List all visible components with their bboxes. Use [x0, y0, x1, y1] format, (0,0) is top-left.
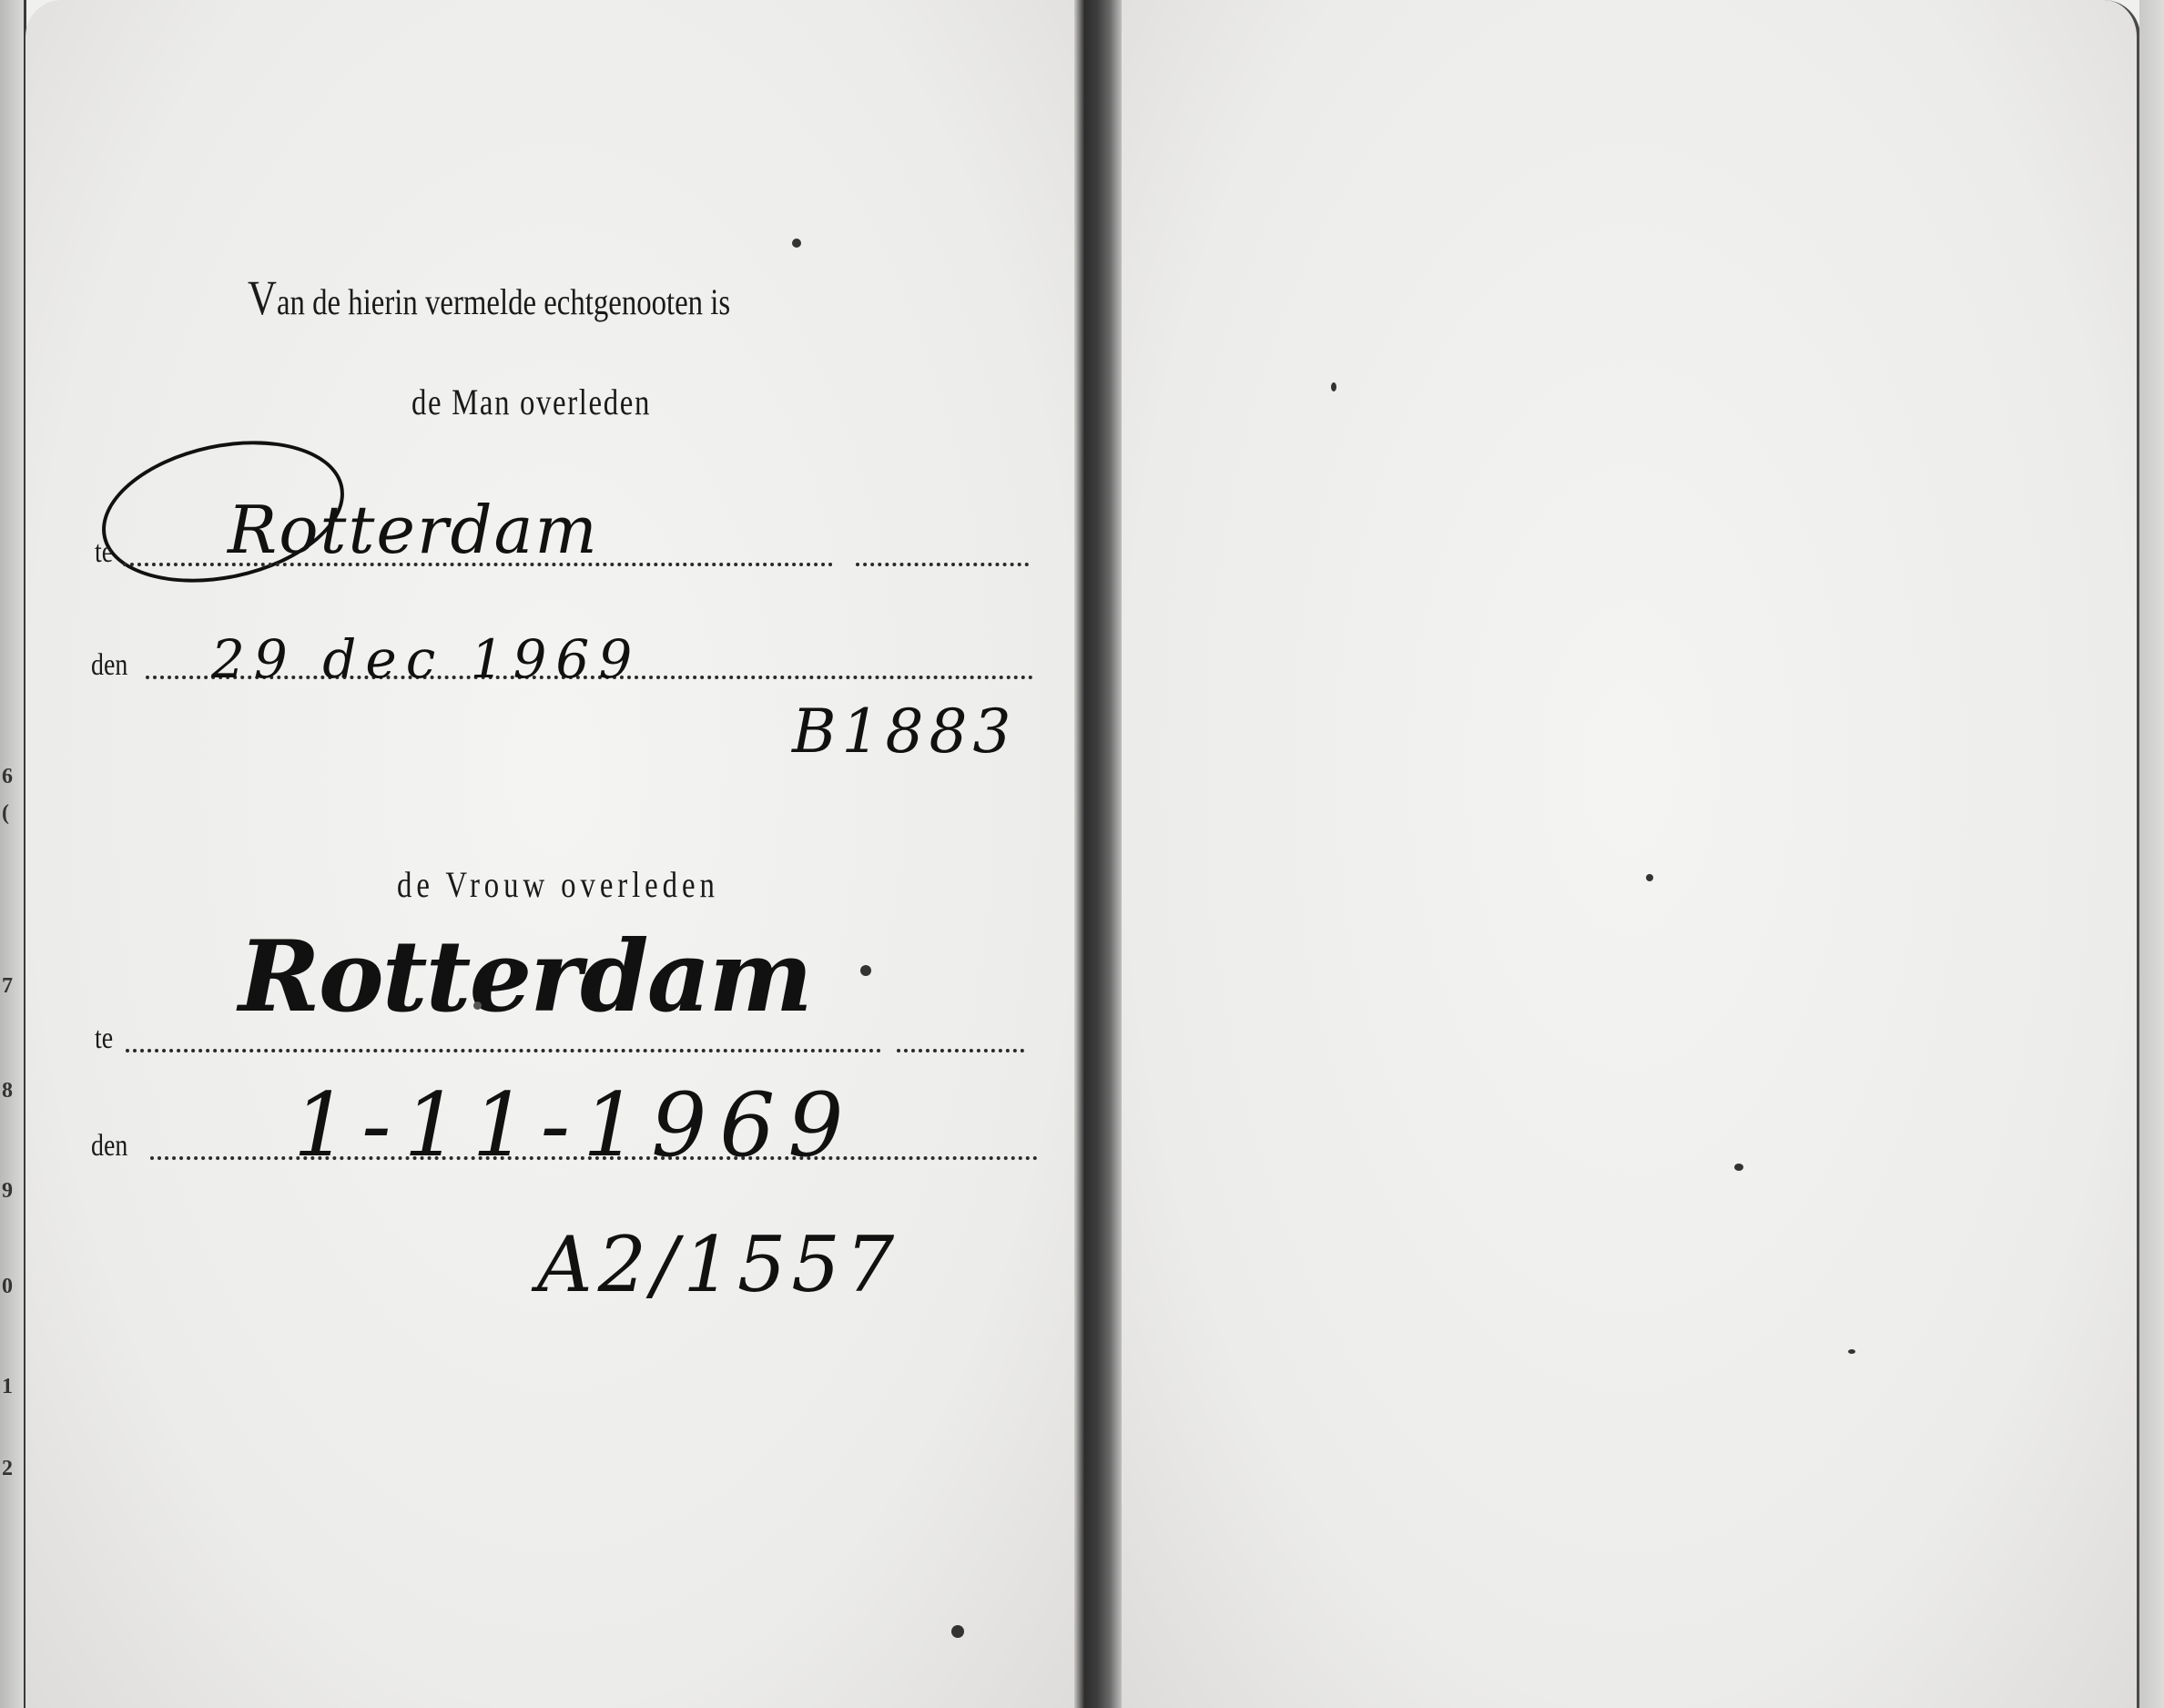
wife-section-label: de Vrouw overleden [397, 863, 719, 906]
husband-record-reference: B1883 [792, 696, 1016, 767]
husband-place-value: Rotterdam [228, 492, 599, 568]
scan-speck [1734, 1164, 1743, 1171]
heading-text: an de hierin vermelde echtgenooten is [277, 281, 730, 322]
book-spine-shadow [1074, 0, 1125, 1708]
margin-char: 9 [2, 1179, 13, 1204]
right-page [1122, 0, 2140, 1708]
previous-page-edge: 6 ( 7 8 9 0 1 2 [0, 0, 26, 1708]
scanned-document: 6 ( 7 8 9 0 1 2 Van de hierin vermelde e… [0, 0, 2164, 1708]
scan-speck [1848, 1349, 1855, 1354]
left-page [25, 0, 1082, 1708]
wife-record-reference: A2/1557 [537, 1220, 899, 1309]
margin-char: 0 [2, 1275, 13, 1299]
wife-place-label: te [95, 1022, 113, 1056]
husband-place-line-extra [856, 563, 1029, 566]
husband-place-label: te [95, 535, 113, 570]
margin-char: 1 [2, 1375, 13, 1399]
wife-place-line-extra [897, 1049, 1024, 1052]
husband-date-label: den [91, 648, 127, 683]
husband-date-value: 29 dec 1969 [211, 628, 641, 690]
heading-initial: V [248, 270, 277, 325]
scan-speck [1646, 874, 1653, 881]
scan-speck [1331, 382, 1336, 391]
scan-speck [473, 1001, 482, 1010]
wife-place-value: Rotterdam [239, 920, 811, 1034]
scan-speck [792, 239, 801, 248]
wife-date-label: den [91, 1129, 127, 1164]
scan-speck [951, 1625, 964, 1638]
margin-char: ( [2, 801, 9, 826]
margin-char: 6 [2, 765, 13, 789]
scan-speck [860, 965, 871, 976]
margin-char: 8 [2, 1079, 13, 1103]
margin-char: 2 [2, 1457, 13, 1481]
margin-char: 7 [2, 974, 13, 999]
page-heading: Van de hierin vermelde echtgenooten is [248, 269, 730, 326]
husband-section-label: de Man overleden [411, 381, 651, 423]
right-page-edge [2139, 0, 2164, 1708]
wife-place-line [126, 1049, 881, 1052]
wife-date-value: 1-11-1969 [293, 1074, 856, 1176]
